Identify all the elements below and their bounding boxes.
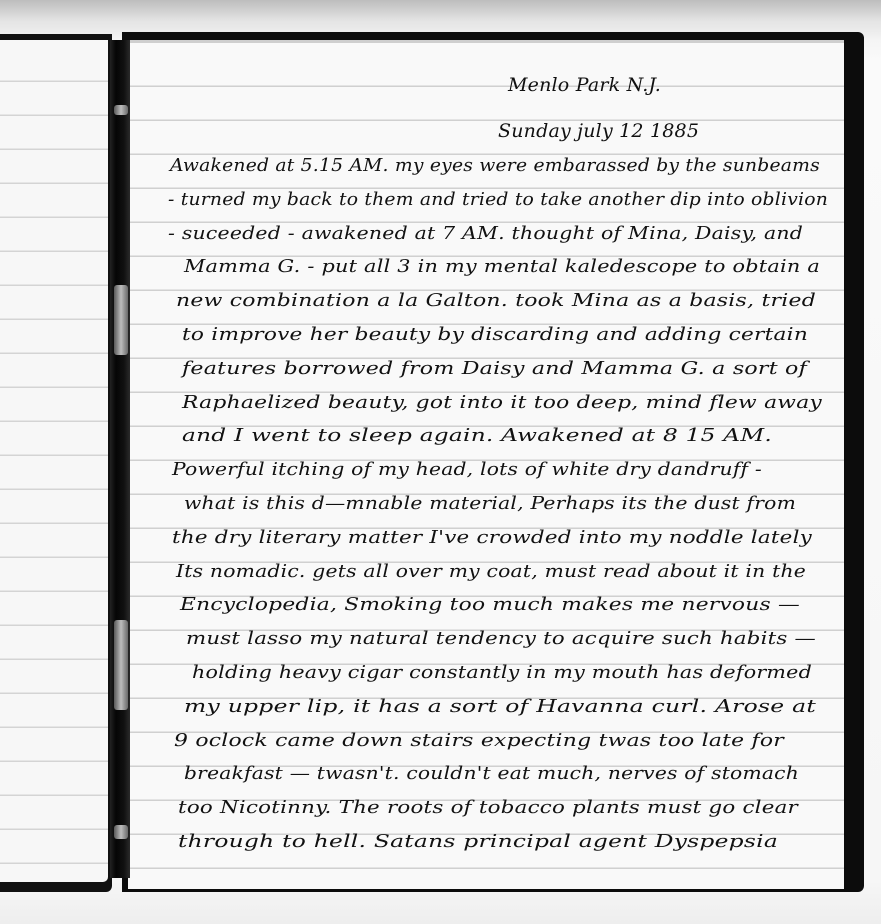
diary-line: through to hell. Satans principal agent … xyxy=(178,831,778,852)
binding-stitch xyxy=(114,825,128,839)
diary-line: holding heavy cigar constantly in my mou… xyxy=(192,662,812,683)
left-blank-page xyxy=(0,40,108,882)
diary-line: Its nomadic. gets all over my coat, must… xyxy=(176,561,806,582)
diary-line: the dry literary matter I've crowded int… xyxy=(172,527,812,548)
diary-line: breakfast — twasn't. couldn't eat much, … xyxy=(184,763,799,784)
diary-line: and I went to sleep again. Awakened at 8… xyxy=(182,425,772,446)
diary-line: - suceeded - awakened at 7 AM. thought o… xyxy=(168,223,803,244)
binding-stitch xyxy=(114,285,128,355)
diary-line: to improve her beauty by discarding and … xyxy=(182,324,808,345)
diary-line: Raphaelized beauty, got into it too deep… xyxy=(182,392,822,413)
notebook-spine xyxy=(110,40,130,878)
binding-stitch xyxy=(114,105,128,115)
diary-line: what is this d—mnable material, Perhaps … xyxy=(184,493,796,514)
diary-line: 9 oclock came down stairs expecting twas… xyxy=(174,730,784,751)
diary-line: Awakened at 5.15 AM. my eyes were embara… xyxy=(170,155,820,176)
diary-line: Mamma G. - put all 3 in my mental kalede… xyxy=(184,256,820,277)
diary-line: Powerful itching of my head, lots of whi… xyxy=(172,459,762,480)
diary-line: new combination a la Galton. took Mina a… xyxy=(176,290,816,311)
entry-date: Sunday july 12 1885 xyxy=(498,120,699,142)
entry-place: Menlo Park N.J. xyxy=(508,74,661,96)
diary-line: - turned my back to them and tried to ta… xyxy=(168,189,828,210)
diary-line: Encyclopedia, Smoking too much makes me … xyxy=(180,594,800,615)
diary-line: must lasso my natural tendency to acquir… xyxy=(186,628,816,649)
diary-line: too Nicotinny. The roots of tobacco plan… xyxy=(178,797,798,818)
diary-line: features borrowed from Daisy and Mamma G… xyxy=(182,358,807,379)
binding-stitch xyxy=(114,620,128,710)
diary-line: my upper lip, it has a sort of Havanna c… xyxy=(184,696,816,717)
